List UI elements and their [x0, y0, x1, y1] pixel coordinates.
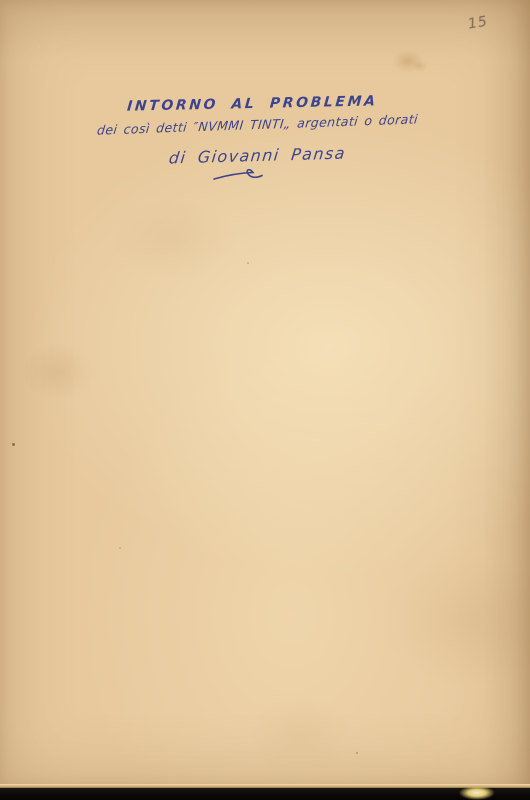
handwritten-byline: di Giovanni Pansa — [168, 143, 347, 167]
paper-speck — [119, 547, 121, 549]
scanner-background-strip — [0, 788, 530, 800]
paper-speck — [12, 443, 15, 446]
scanner-glint-highlight — [458, 787, 500, 800]
handwritten-subtitle: dei così detti ″NVMMI TINTI„ argentati o… — [96, 111, 418, 137]
swash-underline-icon — [212, 165, 270, 185]
scanned-paper-sheet: 15 INTORNO AL PROBLEMA dei così detti ″N… — [0, 0, 530, 788]
scan-viewport: 15 INTORNO AL PROBLEMA dei così detti ″N… — [0, 0, 530, 800]
paper-speck — [356, 752, 358, 754]
handwritten-title: INTORNO AL PROBLEMA — [126, 93, 378, 114]
paper-speck — [247, 262, 249, 264]
pencil-page-number: 15 — [467, 13, 489, 32]
